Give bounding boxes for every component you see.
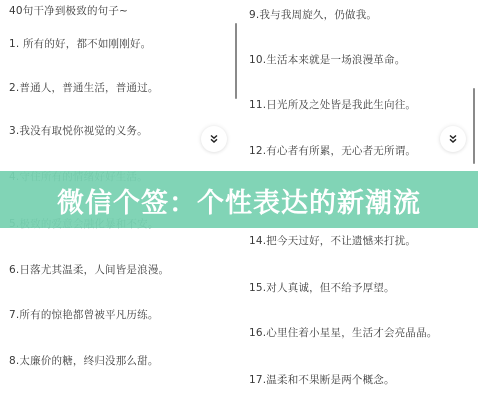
list-item: 16.心里住着小星星，生活才会亮晶晶。 [249,326,438,340]
list-item: 11.日光所及之处皆是我此生向往。 [249,98,416,112]
list-item: 2.普通人，普通生活，普通过。 [9,81,159,95]
list-item: 9.我与我周旋久，仍做我。 [249,8,377,22]
double-chevron-down-icon [209,134,219,144]
scroll-down-button[interactable] [201,126,227,152]
vertical-scrollbar[interactable] [473,88,475,164]
scroll-down-button[interactable] [440,126,466,152]
list-heading: 40句干净到极致的句子~ [9,4,128,18]
list-item: 1. 所有的好，都不如刚刚好。 [9,37,151,51]
double-chevron-down-icon [448,134,458,144]
banner-title: 微信个签：个性表达的新潮流 [57,181,421,220]
vertical-scrollbar[interactable] [235,23,237,99]
list-item: 7.所有的惊艳都曾被平凡历练。 [9,308,159,322]
list-item: 3.我没有取悦你视觉的义务。 [9,124,148,138]
list-item: 10.生活本来就是一场浪漫革命。 [249,53,405,67]
list-item: 12.有心者有所累，无心者无所谓。 [249,144,416,158]
list-item: 6.日落尤其温柔，人间皆是浪漫。 [9,263,169,277]
screenshot-stage: 40句干净到极致的句子~ 1. 所有的好，都不如刚刚好。 2.普通人，普通生活，… [0,0,478,400]
list-item: 8.太廉价的糖，终归没那么甜。 [9,354,159,368]
list-item: 17.温柔和不果断是两个概念。 [249,373,395,387]
list-item: 14.把今天过好，不让遗憾来打扰。 [249,234,416,248]
list-item: 15.对人真诚，但不给予厚望。 [249,281,395,295]
title-banner: 微信个签：个性表达的新潮流 [0,171,478,228]
